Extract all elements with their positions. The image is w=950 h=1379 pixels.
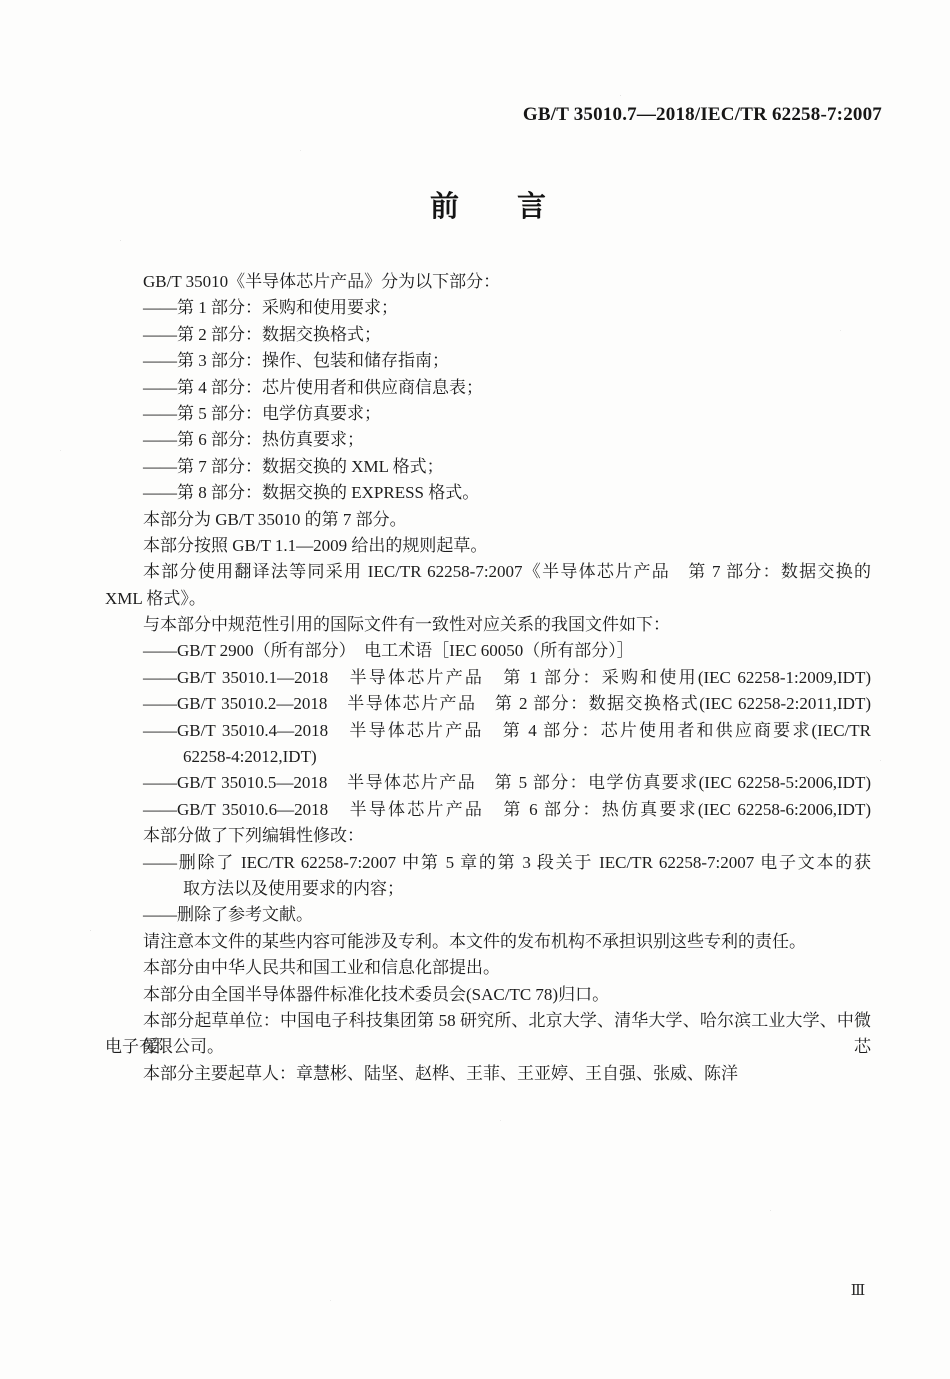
text-line: ——第 3 部分：操作、包装和储存指南； <box>105 348 871 374</box>
page-number: Ⅲ <box>843 1281 873 1300</box>
text-line: ——第 8 部分：数据交换的 EXPRESS 格式。 <box>105 480 871 506</box>
text-line: XML 格式》。 <box>105 586 871 612</box>
text-line: 本部分主要起草人：章慧彬、陆坚、赵桦、王菲、王亚婷、王自强、张威、陈洋 <box>105 1061 871 1087</box>
text-line: 62258-4:2012,IDT) <box>105 744 871 770</box>
text-line: ——第 7 部分：数据交换的 XML 格式； <box>105 454 871 480</box>
text-line: 本部分按照 GB/T 1.1—2009 给出的规则起草。 <box>105 533 871 559</box>
text-line: ——GB/T 35010.4—2018 半导体芯片产品 第 4 部分：芯片使用者… <box>105 718 871 744</box>
text-line: ——第 1 部分：采购和使用要求； <box>105 295 871 321</box>
text-line: ——GB/T 35010.5—2018 半导体芯片产品 第 5 部分：电学仿真要… <box>105 770 871 796</box>
text-line: ——GB/T 35010.1—2018 半导体芯片产品 第 1 部分：采购和使用… <box>105 665 871 691</box>
text-line: ——GB/T 35010.2—2018 半导体芯片产品 第 2 部分：数据交换格… <box>105 691 871 717</box>
text-line: ——GB/T 35010.6—2018 半导体芯片产品 第 6 部分：热仿真要求… <box>105 797 871 823</box>
text-line: ——第 5 部分：电学仿真要求； <box>105 401 871 427</box>
text-line: ——第 4 部分：芯片使用者和供应商信息表； <box>105 375 871 401</box>
foreword-body: GB/T 35010《半导体芯片产品》分为以下部分： ——第 1 部分：采购和使… <box>105 269 871 1087</box>
scan-noise <box>0 0 1 1</box>
text-line: ——第 2 部分：数据交换格式； <box>105 322 871 348</box>
standard-code: GB/T 35010.7—2018/IEC/TR 62258-7:2007 <box>0 104 882 126</box>
text-line: 本部分由中华人民共和国工业和信息化部提出。 <box>105 955 871 981</box>
text-line: 本部分由全国半导体器件标准化技术委员会(SAC/TC 78)归口。 <box>105 982 871 1008</box>
text-line: 请注意本文件的某些内容可能涉及专利。本文件的发布机构不承担识别这些专利的责任。 <box>105 929 871 955</box>
text-line: 与本部分中规范性引用的国际文件有一致性对应关系的我国文件如下： <box>105 612 871 638</box>
text-line: 本部分做了下列编辑性修改： <box>105 823 871 849</box>
text-line: 本部分为 GB/T 35010 的第 7 部分。 <box>105 507 871 533</box>
text-line: 本部分起草单位：中国电子科技集团第 58 研究所、北京大学、清华大学、哈尔滨工业… <box>105 1008 871 1034</box>
text-line: ——删除了参考文献。 <box>105 902 871 928</box>
text-line: ——删除了 IEC/TR 62258-7:2007 中第 5 章的第 3 段关于… <box>105 850 871 876</box>
page-title: 前 言 <box>105 184 871 225</box>
document-page: GB/T 35010.7—2018/IEC/TR 62258-7:2007 前 … <box>0 0 950 1379</box>
text-line: GB/T 35010《半导体芯片产品》分为以下部分： <box>105 269 871 295</box>
text-line: 本部分使用翻译法等同采用 IEC/TR 62258-7:2007《半导体芯片产品… <box>105 559 871 585</box>
text-line: ——GB/T 2900（所有部分） 电工术语［IEC 60050（所有部分）］ <box>105 638 871 664</box>
text-line: 取方法以及使用要求的内容； <box>105 876 871 902</box>
text-line: ——第 6 部分：热仿真要求； <box>105 427 871 453</box>
